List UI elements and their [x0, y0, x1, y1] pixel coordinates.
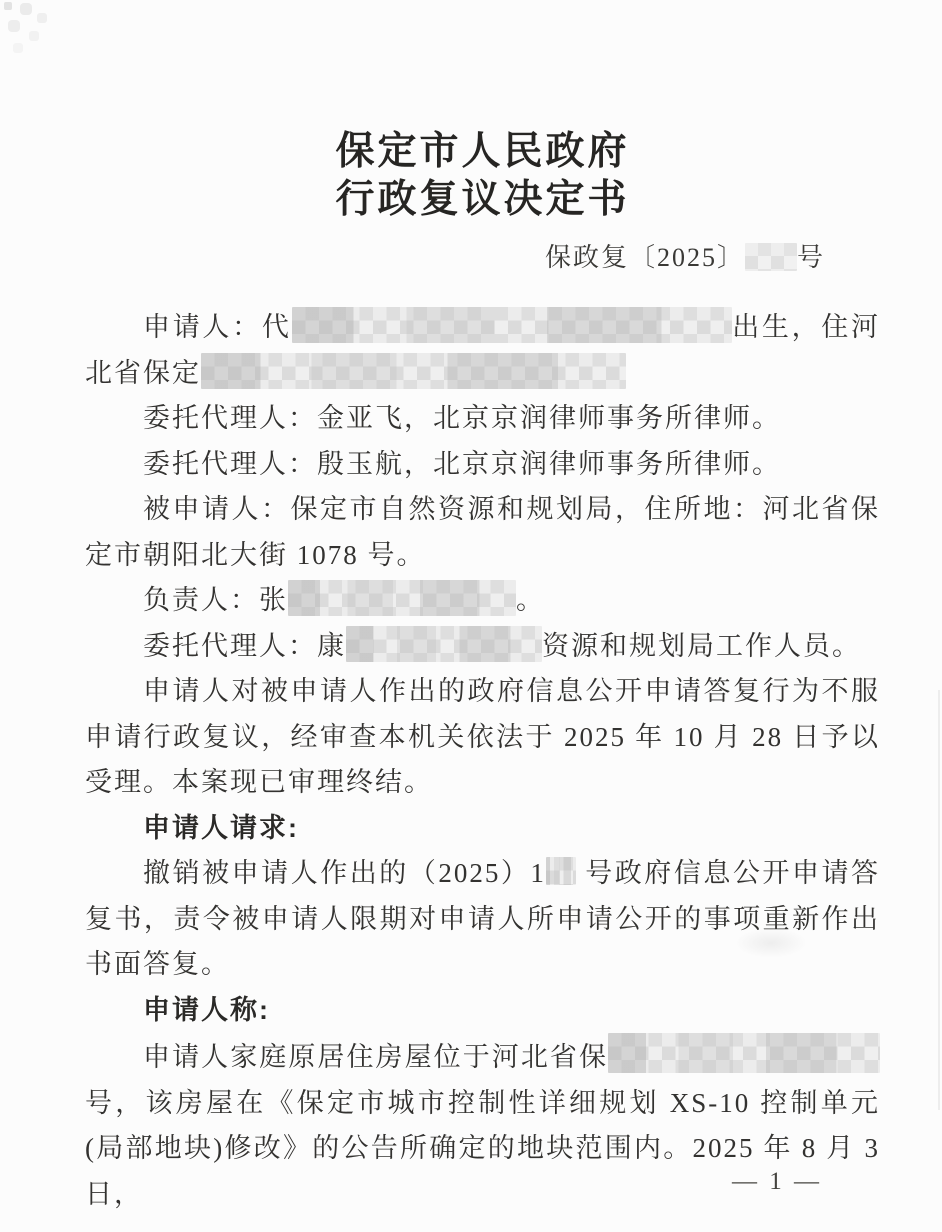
scan-noise-artifact	[4, 2, 12, 10]
paragraph: 负责人：张。	[85, 578, 880, 624]
document-title: 保定市人民政府 行政复议决定书	[85, 128, 880, 224]
redaction-block	[608, 1033, 880, 1073]
doc-number-line: 保政复〔2025〕号	[85, 241, 880, 275]
paragraph: 委托代理人：康资源和规划局工作人员。	[85, 624, 880, 670]
document-page: 保定市人民政府 行政复议决定书 保政复〔2025〕号 申请人：代出生，住河北省保…	[0, 0, 942, 1232]
doc-number-redaction-block	[745, 243, 797, 271]
paragraph: 申请人：代出生，住河北省保定	[85, 305, 880, 396]
title-line-2: 行政复议决定书	[85, 176, 880, 224]
redaction-block	[201, 353, 626, 389]
paragraph: 撤销被申请人作出的（2025）1 号政府信息公开申请答复书，责令被申请人限期对申…	[85, 851, 880, 988]
paragraph: 委托代理人：殷玉航，北京京润律师事务所律师。	[85, 442, 880, 488]
page-number: — 1 —	[732, 1168, 822, 1196]
redaction-block	[288, 580, 516, 616]
redaction-block	[292, 307, 732, 343]
redaction-block	[346, 626, 542, 662]
redaction-block	[546, 857, 576, 885]
section-heading: 申请人称:	[85, 988, 880, 1034]
doc-number-prefix: 保政复〔2025〕	[545, 243, 745, 272]
doc-number-suffix: 号	[797, 243, 825, 272]
section-heading: 申请人请求:	[85, 806, 880, 852]
paragraph: 被申请人：保定市自然资源和规划局，住所地：河北省保定市朝阳北大街 1078 号。	[85, 487, 880, 578]
title-line-1: 保定市人民政府	[85, 128, 880, 176]
scan-smudge-artifact	[735, 928, 807, 958]
document-body: 申请人：代出生，住河北省保定委托代理人：金亚飞，北京京润律师事务所律师。委托代理…	[85, 305, 880, 1217]
paragraph: 委托代理人：金亚飞，北京京润律师事务所律师。	[85, 396, 880, 442]
scan-edge-line-artifact	[938, 690, 940, 1110]
paragraph: 申请人对被申请人作出的政府信息公开申请答复行为不服申请行政复议，经审查本机关依法…	[85, 669, 880, 806]
